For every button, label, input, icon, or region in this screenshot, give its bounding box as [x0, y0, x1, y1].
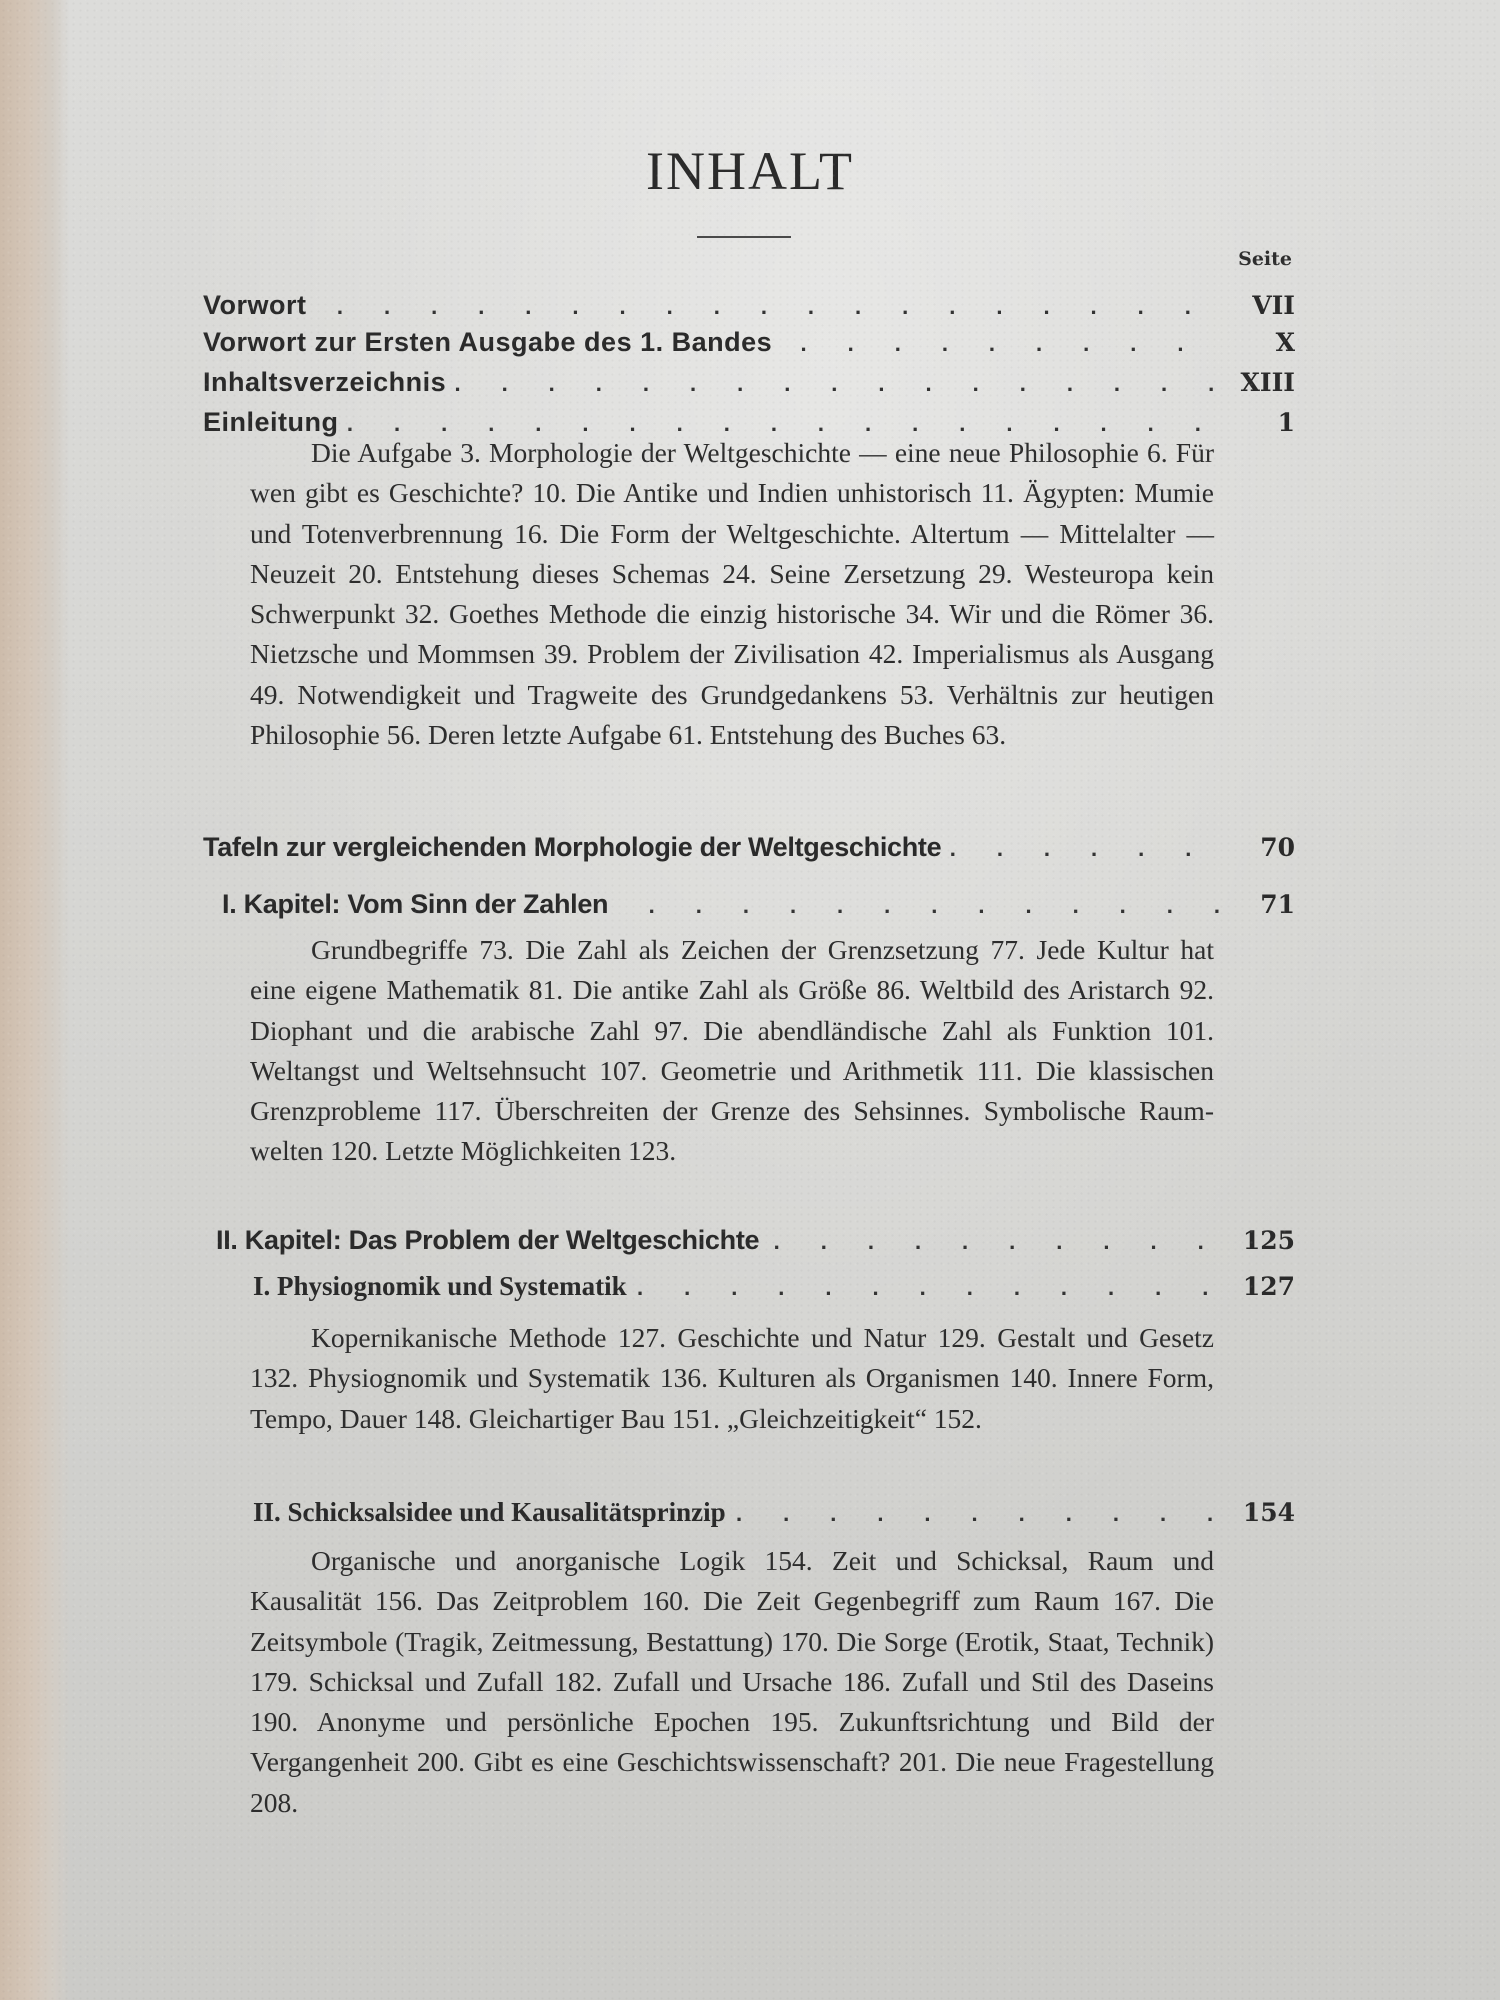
toc-entry-label: II. Kapitel: Das Problem der Weltgeschic… [216, 1225, 759, 1256]
kapitel-1-summary: Grundbegriffe 73. Die Zahl als Zeichen d… [250, 930, 1214, 1172]
kapitel-2-section-1-summary: Kopernikanische Methode 127. Geschichte … [250, 1318, 1214, 1439]
leader-dots: . . . . . . . . . . . . . . . . . . . . … [772, 335, 1223, 356]
toc-entry-page: 125 [1223, 1226, 1295, 1255]
toc-entry-vorwort-erste-ausgabe[interactable]: Vorwort zur Ersten Ausgabe des 1. Bandes… [203, 327, 1295, 358]
leader-dots: . . . . . . . . . . . . . . . . . . . . … [608, 897, 1223, 918]
toc-entry-kapitel-2-section-1[interactable]: I. Physiognomik und Systematik . . . . .… [253, 1271, 1295, 1302]
table-of-contents: Vorwort . . . . . . . . . . . . . . . . … [0, 0, 1500, 2000]
toc-entry-page: XIII [1223, 368, 1295, 397]
toc-entry-label: I. Kapitel: Vom Sinn der Zahlen [222, 889, 608, 920]
toc-entry-label: Vorwort [203, 290, 307, 321]
toc-entry-vorwort[interactable]: Vorwort . . . . . . . . . . . . . . . . … [203, 290, 1295, 321]
toc-entry-page: 70 [1223, 833, 1295, 862]
toc-entry-label: II. Schicksalsidee und Kausalitätsprinzi… [253, 1497, 726, 1528]
book-page: INHALT Seite Vorwort . . . . . . . . . .… [0, 0, 1500, 2000]
toc-entry-kapitel-2[interactable]: II. Kapitel: Das Problem der Weltgeschic… [216, 1225, 1295, 1256]
toc-entry-kapitel-2-section-2[interactable]: II. Schicksalsidee und Kausalitätsprinzi… [253, 1497, 1295, 1528]
toc-entry-page: 127 [1223, 1272, 1295, 1301]
toc-entry-inhaltsverzeichnis[interactable]: Inhaltsverzeichnis . . . . . . . . . . .… [203, 367, 1295, 398]
leader-dots: . . . . . . . . . . . . . . . . . . . . … [446, 375, 1223, 396]
leader-dots: . . . . . . . . . . . . . . . . . . . . … [726, 1505, 1223, 1526]
toc-entry-label: I. Physiognomik und Systematik [253, 1271, 627, 1302]
toc-entry-page: VII [1223, 291, 1295, 320]
toc-entry-kapitel-1[interactable]: I. Kapitel: Vom Sinn der Zahlen . . . . … [222, 889, 1295, 920]
leader-dots: . . . . . . . . . . . . . . . . . . . . … [307, 298, 1224, 319]
toc-entry-page: 154 [1223, 1498, 1295, 1527]
toc-entry-label: Tafeln zur vergleichenden Morphologie de… [203, 832, 941, 863]
kapitel-2-section-2-summary: Organische und anorganische Logik 154. Z… [250, 1541, 1214, 1823]
toc-entry-page: X [1223, 328, 1295, 357]
leader-dots: . . . . . . . . . . . . . . . . . . . . … [941, 840, 1223, 861]
einleitung-summary: Die Aufgabe 3. Morphologie der Weltgesch… [250, 433, 1214, 755]
leader-dots: . . . . . . . . . . . . . . . . . . . . … [627, 1279, 1223, 1300]
leader-dots: . . . . . . . . . . . . . . . . . . . . … [759, 1233, 1223, 1254]
toc-entry-label: Vorwort zur Ersten Ausgabe des 1. Bandes [203, 327, 772, 358]
toc-entry-label: Inhaltsverzeichnis [203, 367, 446, 398]
toc-entry-page: 71 [1223, 890, 1295, 919]
toc-entry-tafeln[interactable]: Tafeln zur vergleichenden Morphologie de… [203, 832, 1295, 863]
toc-entry-page: 1 [1223, 408, 1295, 437]
